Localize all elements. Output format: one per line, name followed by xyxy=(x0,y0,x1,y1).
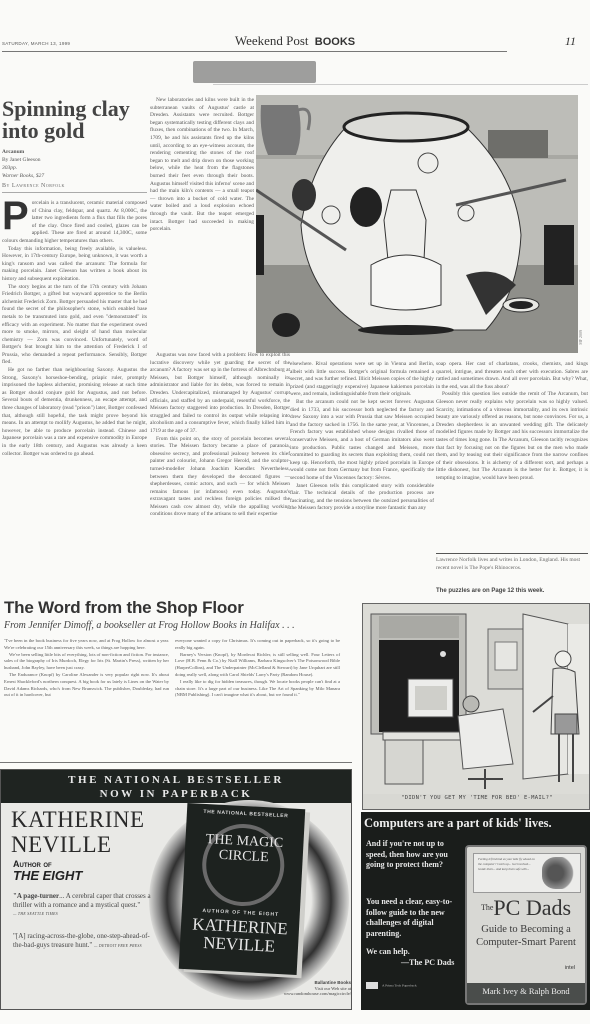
publisher-label: A Prima Tech Paperback xyxy=(382,983,417,987)
illustration-credit: MF 2009 xyxy=(578,330,583,345)
cover-title: THE MAGIC CIRCLE xyxy=(184,831,303,867)
book-cover: THE NATIONAL BESTSELLER THE MAGIC CIRCLE… xyxy=(179,803,306,975)
book-title: Arcanum xyxy=(2,148,142,156)
review-quote: "[A] racing-across-the-globe, one-step-a… xyxy=(13,932,153,951)
shop-floor-column-left: "I've been in the book business for five… xyxy=(4,638,169,699)
cover-author: KATHERINE NEVILLE xyxy=(180,915,300,957)
article-column-3: elsewhere. Rival operations were set up … xyxy=(290,361,434,513)
divider xyxy=(213,84,588,85)
article-headline: Spinning clay into gold xyxy=(2,98,147,142)
author-bio: Lawrence Norfolk lives and writes in Lon… xyxy=(436,553,588,572)
quote-lead: "A page-turner xyxy=(13,892,59,900)
cover-blurb-box: Feeling left behind as your kids fly ahe… xyxy=(473,853,581,893)
paragraph: elsewhere. Rival operations were set up … xyxy=(290,361,434,399)
shop-floor-subtitle: From Jennifer Dimoff, a bookseller at Fr… xyxy=(4,620,295,631)
paragraph: Possibly this question lies outside the … xyxy=(436,391,588,482)
prior-book-title: THE EIGHT xyxy=(13,868,82,883)
ad-copy: We can help. xyxy=(366,947,464,958)
paragraph: Barney's Version (Knopf), by Mordecai Ri… xyxy=(175,652,340,679)
book-authors: Mark Ivey & Ralph Bond xyxy=(467,983,585,1003)
paragraph: New laboratories and kilns were built in… xyxy=(150,97,254,234)
publisher-logo: A Prima Tech Paperback xyxy=(366,982,461,994)
family-photo-icon xyxy=(542,857,576,889)
section-masthead: Weekend Post BOOKS xyxy=(0,33,590,49)
article-column-2b: Augustus was now faced with a problem: H… xyxy=(150,352,290,519)
banner-line: THE NATIONAL BESTSELLER xyxy=(1,773,351,787)
byline: By Lawrence Norfolk xyxy=(2,183,147,193)
cartoon-caption: "Didn't you get my 'time for bed' e-mail… xyxy=(366,795,588,801)
book-publisher: Warner Books, $27 xyxy=(2,172,142,180)
drop-cap: P xyxy=(2,200,29,232)
cartoon xyxy=(362,603,590,810)
book-author: By Janet Gleeson xyxy=(2,156,142,164)
book-details: Arcanum By Janet Gleeson 303pp. Warner B… xyxy=(2,148,142,180)
paragraph: But the arcanum could not be kept secret… xyxy=(290,399,434,483)
review-quote: "A page-turner... A cerebral caper that … xyxy=(13,892,153,919)
book-title: Guide to Becoming a Computer-Smart Paren… xyxy=(467,923,585,949)
publisher-name: Ballantine Books xyxy=(314,980,351,985)
shop-floor-title: The Word from the Shop Floor xyxy=(4,598,244,618)
shop-floor-column-right: everyone wanted a copy for Christmas. It… xyxy=(175,638,340,699)
paragraph: soap opera. Her cast of charlatans, croo… xyxy=(436,361,588,391)
book-pages: 303pp. xyxy=(2,164,142,172)
prima-logo-icon xyxy=(366,982,378,989)
paragraph: The story begins at the turn of the 17th… xyxy=(2,284,147,368)
author-first-name: KATHERINE xyxy=(11,807,145,832)
cover-tagline: THE NATIONAL BESTSELLER xyxy=(187,808,305,820)
paragraph: From this point on, the story of porcela… xyxy=(150,436,290,520)
paragraph: He got no farther than neighbouring Saxo… xyxy=(2,367,147,458)
page-number: 11 xyxy=(565,34,576,49)
author-last-name: NEVILLE xyxy=(11,832,145,857)
banner-line: NOW IN PAPERBACK xyxy=(1,787,351,801)
article-column-2: New laboratories and kilns were built in… xyxy=(150,97,254,234)
ad-headline: Computers are a part of kids' lives. xyxy=(364,816,588,831)
puzzle-notice: The puzzles are on Page 12 this week. xyxy=(436,588,588,594)
paragraph: The Endurance (Knopf) by Caroline Alexan… xyxy=(4,672,169,699)
publisher-info: Ballantine Books Visit our Web site at w… xyxy=(269,980,351,997)
paragraph: I really like to dig for hidden treasure… xyxy=(175,679,340,699)
paragraph: Janet Gleeson tells this complicated sto… xyxy=(290,483,434,513)
article-column-4: soap opera. Her cast of charlatans, croo… xyxy=(436,361,588,483)
ad-banner: THE NATIONAL BESTSELLER NOW IN PAPERBACK xyxy=(1,770,351,803)
paragraph: Today this information, being freely ava… xyxy=(2,246,147,284)
publisher-website[interactable]: Visit our Web site at www.randomhouse.co… xyxy=(269,986,351,997)
brand-prefix: The xyxy=(481,903,493,912)
brand-name: PC Dads xyxy=(493,895,571,920)
cartoon-drawing-icon xyxy=(363,604,590,794)
paragraph: everyone wanted a copy for Christmas. It… xyxy=(175,638,340,652)
vase-still-life-icon xyxy=(256,95,578,353)
book-brand: ThePC Dads xyxy=(467,897,585,919)
ad-author-name: KATHERINE NEVILLE xyxy=(11,807,145,857)
cover-blurb: Feeling left behind as your kids fly ahe… xyxy=(478,857,538,871)
pc-dads-book-cover: Feeling left behind as your kids fly ahe… xyxy=(465,845,587,1005)
vase-illustration xyxy=(256,95,578,353)
section-title: Weekend Post xyxy=(235,33,309,48)
section-label: BOOKS xyxy=(315,36,355,48)
quote-source: — Detroit Free Press xyxy=(94,944,142,948)
redacted-stamp xyxy=(193,61,316,83)
paragraph: We've been selling little bits of everyt… xyxy=(4,652,169,672)
pc-dads-ad[interactable]: Computers are a part of kids' lives. And… xyxy=(361,812,590,1010)
ad-copy: And if you're not up to speed, then how … xyxy=(366,839,464,871)
bestseller-ad[interactable]: THE NATIONAL BESTSELLER NOW IN PAPERBACK… xyxy=(0,769,352,1010)
article-column-1: P orcelain is a translucent, ceramic mat… xyxy=(2,200,147,458)
paragraph: Augustus was now faced with a problem: H… xyxy=(150,352,290,436)
ad-copy: You need a clear, easy-to-follow guide t… xyxy=(366,897,464,939)
paragraph: "I've been in the book business for five… xyxy=(4,638,169,652)
ad-signoff: —The PC Dads xyxy=(401,958,454,967)
intel-logo-icon: intel xyxy=(565,965,575,971)
quote-source: — The Seattle Times xyxy=(13,910,153,919)
masthead-rule xyxy=(2,51,507,52)
